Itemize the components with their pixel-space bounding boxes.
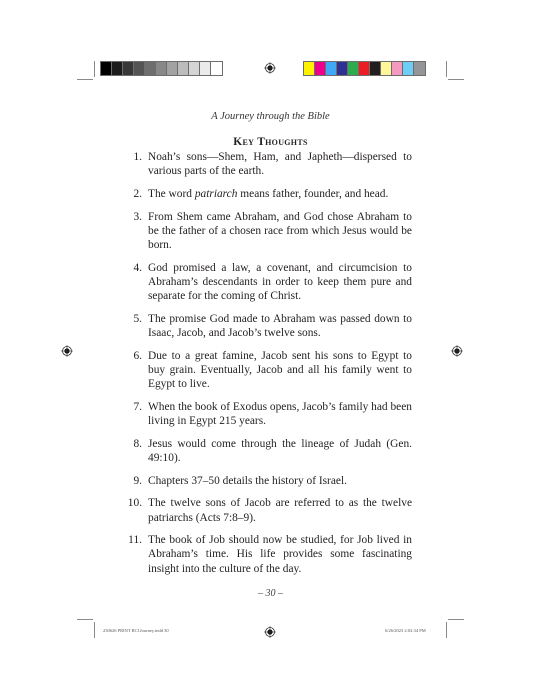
color-swatch	[178, 62, 189, 75]
color-swatch	[370, 62, 381, 75]
registration-mark-icon	[61, 345, 73, 357]
color-swatch	[123, 62, 134, 75]
item-text: Jesus would come through the lineage of …	[148, 438, 412, 464]
color-swatch	[315, 62, 326, 75]
item-text: From Shem came Abraham, and God chose Ab…	[148, 211, 412, 251]
item-text: Due to a great famine, Jacob sent his so…	[148, 350, 412, 390]
grayscale-color-bar	[100, 61, 223, 76]
registration-mark-icon	[264, 626, 276, 638]
item-text: Noah’s sons—Shem, Ham, and Japheth—dis­p…	[148, 151, 412, 177]
item-number: 8.	[114, 437, 142, 451]
running-head: A Journey through the Bible	[0, 111, 541, 122]
item-number: 6.	[114, 349, 142, 363]
key-thoughts-list: 1.Noah’s sons—Shem, Ham, and Japheth—dis…	[148, 150, 412, 584]
registration-mark-icon	[264, 62, 276, 74]
color-swatch	[200, 62, 211, 75]
crop-mark-bottom-left-v	[94, 622, 95, 638]
color-swatch	[337, 62, 348, 75]
item-text: The twelve sons of Jacob are referred to…	[148, 497, 412, 523]
list-item: 2.The word patriarch means father, found…	[148, 187, 412, 201]
item-text: God promised a law, a covenant, and circ…	[148, 262, 412, 302]
page-number: – 30 –	[0, 588, 541, 599]
crop-mark-top-right-h	[448, 79, 464, 80]
list-item: 1.Noah’s sons—Shem, Ham, and Japheth—dis…	[148, 150, 412, 178]
color-swatch	[156, 62, 167, 75]
item-text: means father, founder, and head.	[237, 188, 388, 200]
color-swatch	[414, 62, 425, 75]
crop-mark-top-right-v	[446, 61, 447, 77]
list-item: 6.Due to a great famine, Jacob sent his …	[148, 349, 412, 392]
slug-timestamp: 6/26/2023 2:02:34 PM	[385, 628, 426, 633]
color-swatch	[101, 62, 112, 75]
item-number: 5.	[114, 312, 142, 326]
list-item: 9.Chapters 37–50 details the history of …	[148, 474, 412, 488]
list-item: 8.Jesus would come through the lineage o…	[148, 437, 412, 465]
color-swatch	[167, 62, 178, 75]
crop-mark-top-left-v	[94, 61, 95, 77]
item-text: The promise God made to Abraham was pass…	[148, 313, 412, 339]
item-number: 11.	[114, 533, 142, 547]
process-color-bar	[303, 61, 426, 76]
color-swatch	[326, 62, 337, 75]
list-item: 11.The book of Job should now be studied…	[148, 533, 412, 576]
item-text: The book of Job should now be studied, f…	[148, 534, 412, 574]
color-swatch	[304, 62, 315, 75]
item-text-italic: patriarch	[195, 188, 238, 200]
item-text: Chapters 37–50 details the history of Is…	[148, 475, 347, 487]
item-number: 3.	[114, 210, 142, 224]
color-swatch	[348, 62, 359, 75]
registration-mark-icon	[451, 345, 463, 357]
crop-mark-top-left-h	[77, 79, 93, 80]
item-number: 4.	[114, 261, 142, 275]
color-swatch	[112, 62, 123, 75]
color-swatch	[211, 62, 222, 75]
item-number: 7.	[114, 400, 142, 414]
color-swatch	[392, 62, 403, 75]
list-item: 4.God promised a law, a covenant, and ci…	[148, 261, 412, 304]
crop-mark-bottom-right-h	[448, 619, 464, 620]
list-item: 10.The twelve sons of Jacob are referred…	[148, 496, 412, 524]
item-text: When the book of Exodus opens, Jacob’s f…	[148, 401, 412, 427]
section-title: Key Thoughts	[0, 136, 541, 148]
item-text: The word	[148, 188, 195, 200]
item-number: 9.	[114, 474, 142, 488]
item-number: 10.	[114, 496, 142, 510]
color-swatch	[145, 62, 156, 75]
color-swatch	[189, 62, 200, 75]
color-swatch	[403, 62, 414, 75]
crop-mark-bottom-left-h	[77, 619, 93, 620]
slug-file-info: 230626 PRINT RC1Journey.indd 30	[103, 628, 169, 633]
color-swatch	[359, 62, 370, 75]
item-number: 2.	[114, 187, 142, 201]
list-item: 7.When the book of Exodus opens, Jacob’s…	[148, 400, 412, 428]
item-number: 1.	[114, 150, 142, 164]
color-swatch	[134, 62, 145, 75]
crop-mark-bottom-right-v	[446, 622, 447, 638]
color-swatch	[381, 62, 392, 75]
list-item: 5.The promise God made to Abraham was pa…	[148, 312, 412, 340]
list-item: 3.From Shem came Abraham, and God chose …	[148, 210, 412, 253]
